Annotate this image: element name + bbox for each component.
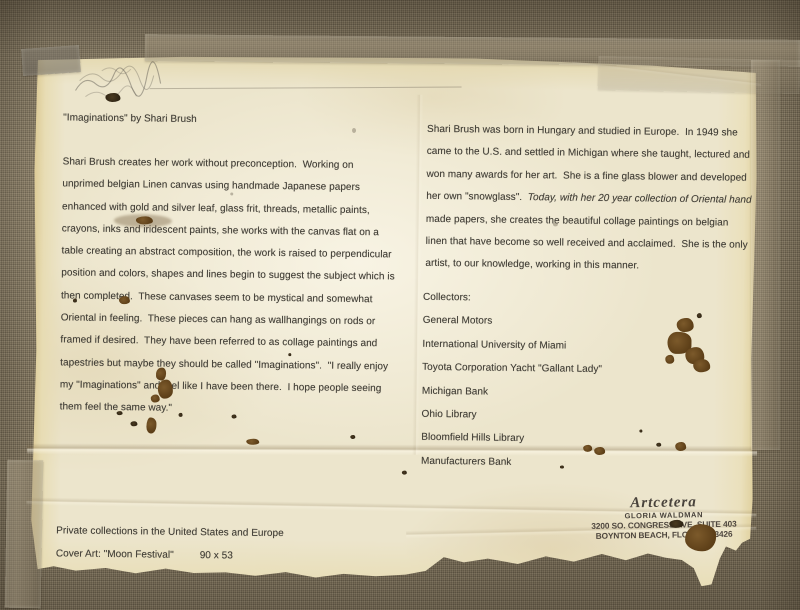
left-column: Shari Brush creates her work without pre… [59,151,396,423]
bio-line: artist, to our knowledge, working in thi… [425,253,751,279]
tape-right-edge [751,60,780,450]
collector-item: International University of Miami [422,333,602,359]
collector-item: Manufacturers Bank [421,450,601,476]
footer-block: Private collections in the United States… [56,520,284,568]
statement-paper: "Imaginations" by Shari Brush Shari Brus… [25,50,762,607]
collector-item: Ohio Library [421,403,601,429]
right-column-bio: Shari Brush was born in Hungary and stud… [425,119,752,280]
cover-art-size: 90 x 53 [200,550,233,561]
gallery-stamp: Artcetera GLORIA WALDMAN 3200 SO. CONGRE… [566,494,762,541]
statement-title: "Imaginations" by Shari Brush [63,112,197,125]
collectors-list: Collectors: General Motors International… [421,286,603,475]
bio-line-italic-part: Today, with her 20 year collection of Or… [528,192,752,206]
private-collections-line: Private collections in the United States… [56,520,284,545]
cover-art-line: Cover Art: "Moon Festival"90 x 53 [56,543,284,568]
tape-left-edge [5,460,44,609]
collector-item: General Motors [423,309,603,335]
collector-item: Toyota Corporation Yacht "Gallant Lady" [422,356,602,382]
bio-line-regular-part: her own "snowglass". [426,191,528,203]
tape-top-left-corner [21,45,81,76]
statement-line: them feel the same way." [59,397,393,423]
photo-of-artist-statement: "Imaginations" by Shari Brush Shari Brus… [0,0,800,610]
collector-item: Bloomfield Hills Library [421,426,601,452]
collectors-heading: Collectors: [423,286,603,312]
cover-art-label: Cover Art: "Moon Festival" [56,548,174,560]
collector-item: Michigan Bank [422,379,602,405]
